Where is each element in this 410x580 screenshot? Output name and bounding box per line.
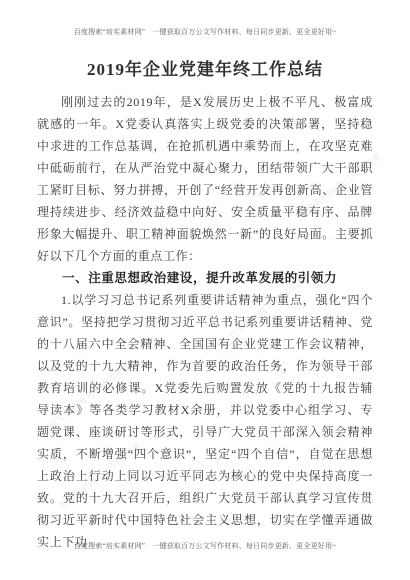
header-promo-text: 百度搜索“培实素材网” 一键获取百万公文写作材料、每日同步更新、更全更好用~ <box>74 28 337 36</box>
paragraph-section-1-body: 1.以学习习总书记系列重要讲话精神为重点，强化“四个意识”。坚持把学习贯彻习近平… <box>37 289 373 553</box>
document-title: 2019年企业党建年终工作总结 <box>37 57 373 83</box>
document-content: 2019年企业党建年终工作总结 刚刚过去的2019年，是X发展历史上极不平凡、极… <box>37 57 373 553</box>
page-footer: 百度搜索“培实素材网” 一键获取百万公文写作材料、每日同步更新、更全更好用~ <box>0 541 410 551</box>
footer-promo-text: 百度搜索“培实素材网” 一键获取百万公文写作材料、每日同步更新、更全更好用~ <box>74 542 337 550</box>
page-header: 百度搜索“培实素材网” 一键获取百万公文写作材料、每日同步更新、更全更好用~ <box>0 27 410 37</box>
paragraph-intro: 刚刚过去的2019年，是X发展历史上极不平凡、极富成就感的一年。X党委认真落实上… <box>37 91 373 267</box>
document-page: 百度搜索“培实素材网” 一键获取百万公文写作材料、每日同步更新、更全更好用~ 2… <box>0 0 410 580</box>
section-heading-1: 一、注重思想政治建设，提升改革发展的引领力 <box>37 267 373 289</box>
